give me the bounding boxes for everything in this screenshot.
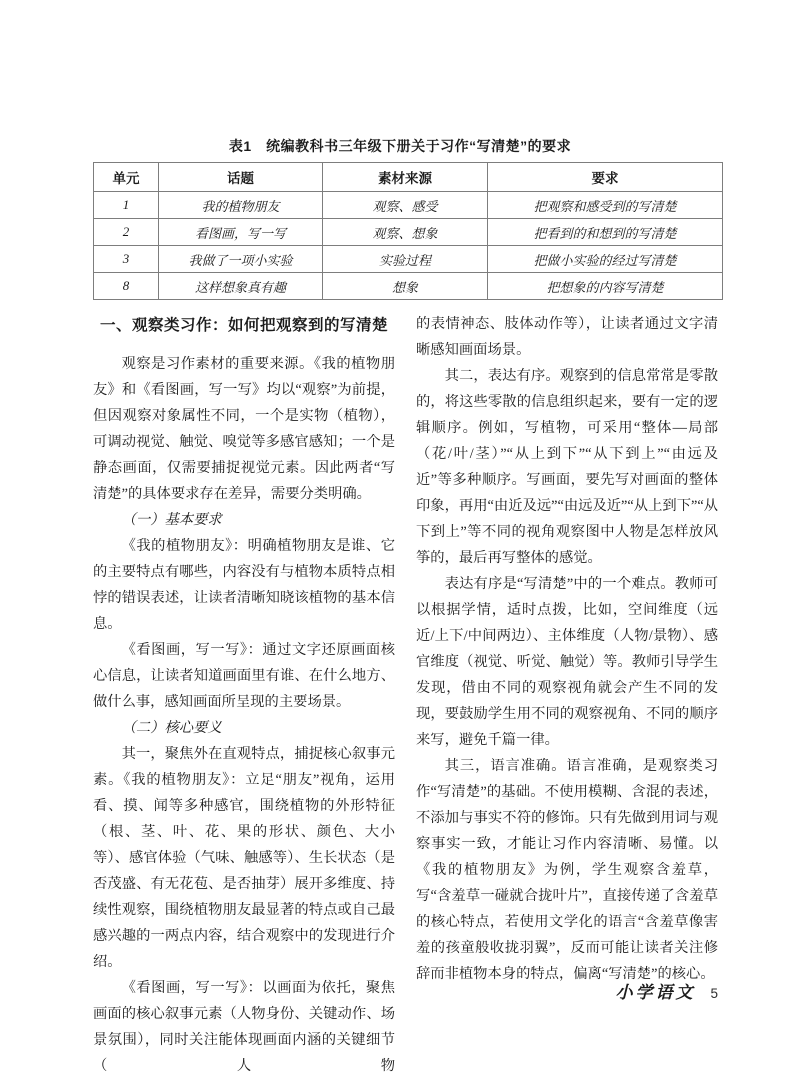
paragraph-continuation: 的表情神态、肢体动作等），让读者通过文字清晰感知画面场景。 [416,311,718,363]
cell-require: 把做小实验的经过写清楚 [488,246,723,273]
cell-require: 把想象的内容写清楚 [488,273,723,300]
cell-unit: 8 [94,273,159,300]
paragraph: 其三，语言准确。语言准确，是观察类习作“写清楚”的基础。不使用模糊、含混的表述，… [416,753,718,987]
paragraph: 表达有序是“写清楚”中的一个难点。教师可以根据学情，适时点拨，比如，空间维度（远… [416,571,718,753]
page-number: 5 [710,986,718,1001]
right-column: 的表情神态、肢体动作等），让读者通过文字清晰感知画面场景。 其二，表达有序。观察… [416,311,718,1077]
cell-source: 观察、想象 [323,219,488,246]
table-header-row: 单元 话题 素材来源 要求 [94,163,723,192]
left-column: 一、观察类习作：如何把观察到的写清楚 观察是习作素材的重要来源。《我的植物朋友》… [93,311,395,1077]
cell-unit: 3 [94,246,159,273]
table-row: 1 我的植物朋友 观察、感受 把观察和感受到的写清楚 [94,192,723,219]
cell-source: 实验过程 [323,246,488,273]
col-header-topic: 话题 [159,163,323,192]
paragraph: 《看图画，写一写》：通过文字还原画面核心信息，让读者知道画面里有谁、在什么地方、… [93,637,395,715]
table-caption: 表1 统编教科书三年级下册关于习作“写清楚”的要求 [0,136,800,156]
col-header-unit: 单元 [94,163,159,192]
col-header-require: 要求 [488,163,723,192]
paragraph-column-break: 《看图画，写一写》：以画面为依托，聚焦画面的核心叙事元素（人物身份、关键动作、场… [93,975,395,1077]
table-row: 2 看图画，写一写 观察、想象 把看到的和想到的写清楚 [94,219,723,246]
page-footer: 小学语文 5 [615,978,718,1003]
cell-require: 把看到的和想到的写清楚 [488,219,723,246]
cell-unit: 1 [94,192,159,219]
paragraph: 其二，表达有序。观察到的信息常常是零散的，将这些零散的信息组织起来，要有一定的逻… [416,363,718,571]
paragraph: 观察是习作素材的重要来源。《我的植物朋友》和《看图画，写一写》均以“观察”为前提… [93,351,395,507]
journal-page: 表1 统编教科书三年级下册关于习作“写清楚”的要求 单元 话题 素材来源 要求 … [0,0,800,1077]
cell-topic: 看图画，写一写 [159,219,323,246]
requirements-table: 单元 话题 素材来源 要求 1 我的植物朋友 观察、感受 把观察和感受到的写清楚… [93,162,723,300]
cell-require: 把观察和感受到的写清楚 [488,192,723,219]
section-heading: 一、观察类习作：如何把观察到的写清楚 [93,313,395,339]
cell-topic: 我做了一项小实验 [159,246,323,273]
table-row: 8 这样想象真有趣 想象 把想象的内容写清楚 [94,273,723,300]
table-row: 3 我做了一项小实验 实验过程 把做小实验的经过写清楚 [94,246,723,273]
cell-source: 观察、感受 [323,192,488,219]
col-header-source: 素材来源 [323,163,488,192]
cell-topic: 我的植物朋友 [159,192,323,219]
paragraph: 《我的植物朋友》：明确植物朋友是谁、它的主要特点有哪些，内容没有与植物本质特点相… [93,533,395,637]
sub-heading-basic-requirements: （一）基本要求 [93,507,395,533]
journal-name: 小学语文 [615,978,695,1003]
cell-topic: 这样想象真有趣 [159,273,323,300]
cell-source: 想象 [323,273,488,300]
sub-heading-core-essentials: （二）核心要义 [93,715,395,741]
paragraph: 其一，聚焦外在直观特点，捕捉核心叙事元素。《我的植物朋友》：立足“朋友”视角，运… [93,741,395,975]
cell-unit: 2 [94,219,159,246]
article-body: 一、观察类习作：如何把观察到的写清楚 观察是习作素材的重要来源。《我的植物朋友》… [93,311,718,1077]
